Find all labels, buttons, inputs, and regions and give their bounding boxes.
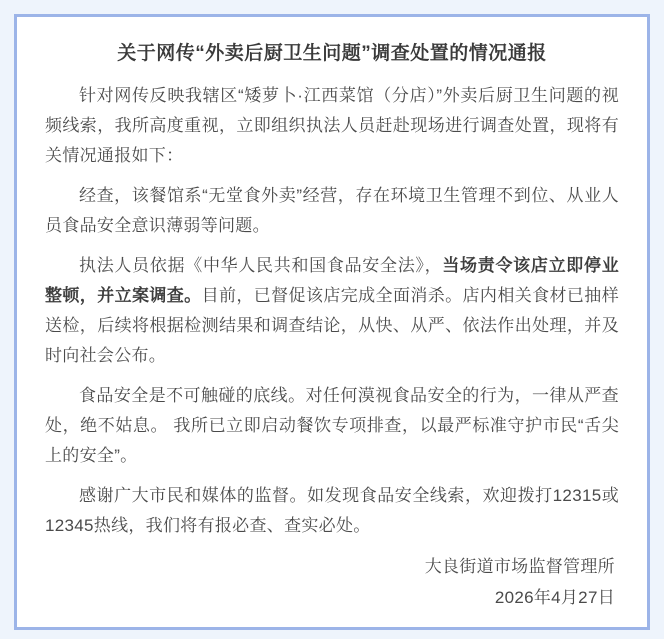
paragraph-segment: 针对网传反映我辖区“矮萝卜·江西菜馆（分店）”外卖后厨卫生问题的视频线索，我所高… bbox=[45, 86, 619, 165]
page-background: { "theme": { "page_background": "#eef4fc… bbox=[0, 0, 664, 639]
paragraph-segment: 食品安全是不可触碰的底线。对任何漠视食品安全的行为，一律从严查处，绝不姑息。 我… bbox=[45, 386, 619, 465]
notice-title: 关于网传“外卖后厨卫生问题”调查处置的情况通报 bbox=[45, 41, 619, 67]
notice-paragraph: 食品安全是不可触碰的底线。对任何漠视食品安全的行为，一律从严查处，绝不姑息。 我… bbox=[45, 381, 619, 471]
notice-paragraph: 经查，该餐馆系“无堂食外卖”经营，存在环境卫生管理不到位、从业人员食品安全意识薄… bbox=[45, 181, 619, 241]
signature-block: 大良街道市场监督管理所 2026年4月27日 bbox=[45, 551, 619, 613]
notice-date: 2026年4月27日 bbox=[45, 582, 615, 613]
notice-paragraph: 针对网传反映我辖区“矮萝卜·江西菜馆（分店）”外卖后厨卫生问题的视频线索，我所高… bbox=[45, 81, 619, 171]
notice-paragraph: 感谢广大市民和媒体的监督。如发现食品安全线索，欢迎拨打12315或12345热线… bbox=[45, 481, 619, 541]
paragraph-segment: 执法人员依据《中华人民共和国食品安全法》， bbox=[79, 256, 442, 275]
notice-paragraph: 执法人员依据《中华人民共和国食品安全法》，当场责令该店立即停业整顿，并立案调查。… bbox=[45, 251, 619, 371]
paragraph-segment: 感谢广大市民和媒体的监督。如发现食品安全线索，欢迎拨打12315或12345热线… bbox=[45, 486, 619, 535]
paragraph-segment: 经查，该餐馆系“无堂食外卖”经营，存在环境卫生管理不到位、从业人员食品安全意识薄… bbox=[45, 186, 619, 235]
notice-body: 针对网传反映我辖区“矮萝卜·江西菜馆（分店）”外卖后厨卫生问题的视频线索，我所高… bbox=[45, 81, 619, 541]
notice-card: 关于网传“外卖后厨卫生问题”调查处置的情况通报 针对网传反映我辖区“矮萝卜·江西… bbox=[14, 14, 650, 630]
issuing-authority: 大良街道市场监督管理所 bbox=[45, 551, 615, 582]
